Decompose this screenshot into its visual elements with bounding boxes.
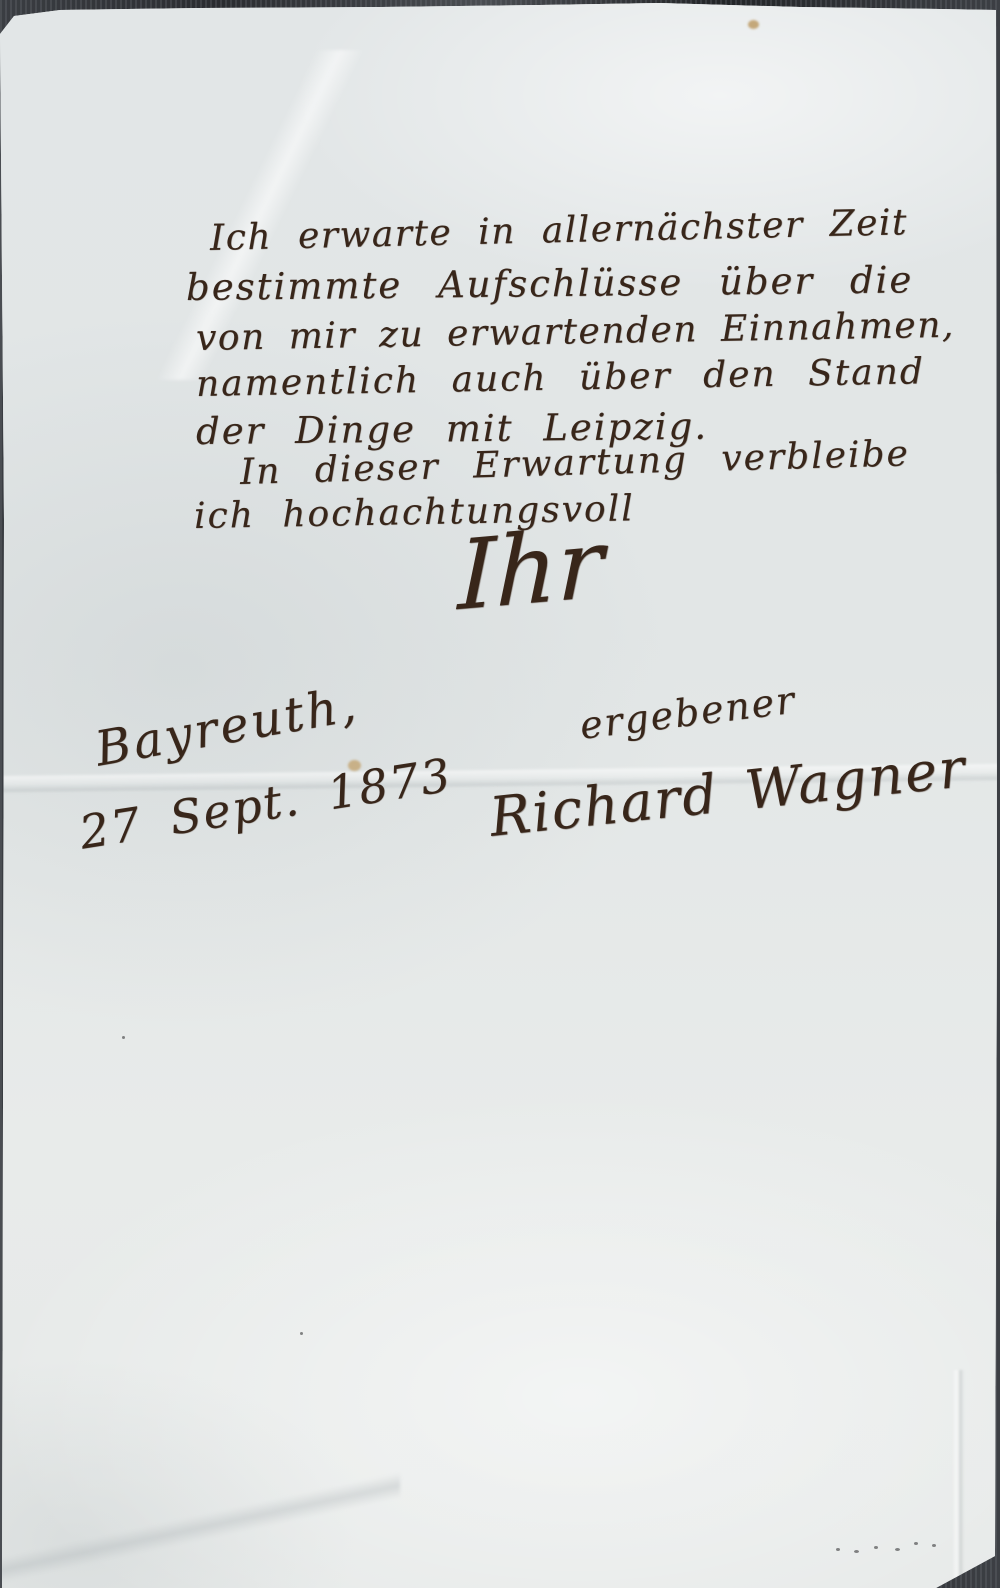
stain-spot — [748, 20, 759, 29]
speck — [122, 1036, 125, 1039]
signature-closing: ergebener — [577, 678, 798, 748]
speck — [300, 1332, 303, 1335]
vertical-crease — [952, 1370, 964, 1588]
speck — [874, 1546, 878, 1549]
bottom-crease — [0, 1470, 400, 1588]
photo-background: Ich erwarte in allernächster Zeit bestim… — [0, 0, 1000, 1588]
dateline-place: Bayreuth, — [91, 676, 362, 777]
speck — [854, 1550, 859, 1553]
speck — [836, 1548, 840, 1551]
speck — [895, 1548, 900, 1551]
letter-line: bestimmte Aufschlüsse über die — [186, 258, 914, 309]
speck — [914, 1542, 918, 1545]
signature-name: Richard Wagner — [487, 736, 970, 849]
letter-paper: Ich erwarte in allernächster Zeit bestim… — [0, 0, 1000, 1588]
valediction-flourish: Ihr — [457, 507, 604, 632]
speck — [932, 1544, 936, 1547]
